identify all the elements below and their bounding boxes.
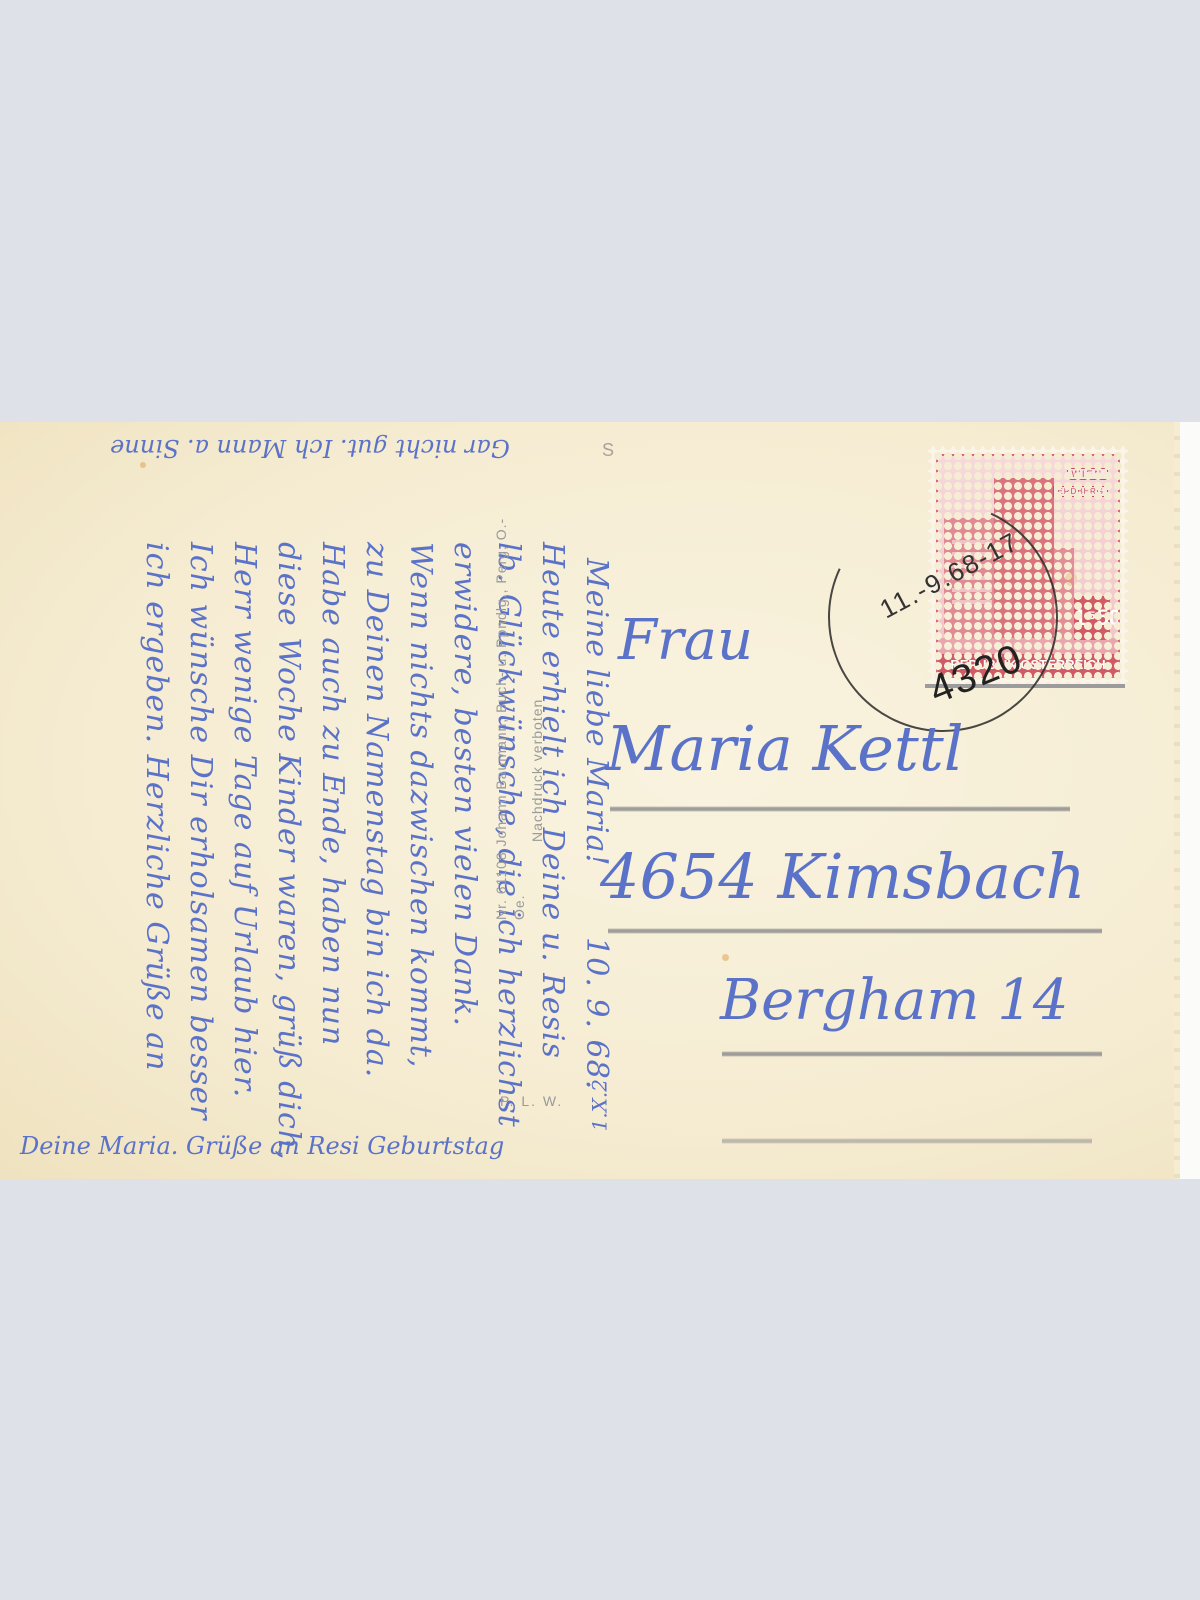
- message-line: Habe auch zu Ende, haben nun: [310, 462, 354, 1219]
- address-line-rule: [610, 806, 1070, 812]
- side-note: 1.X.2.: [587, 1073, 611, 1132]
- address-line-rule: [608, 928, 1102, 934]
- publisher-mark: P. L. W.: [500, 1093, 563, 1109]
- message-line: erwidere, besten vielen Dank.: [442, 462, 486, 1219]
- address-street: Bergham 14: [720, 968, 1069, 1033]
- stamp-value: 1⁵50: [1074, 596, 1110, 640]
- publisher-imprint: Nr. 61108 Johann Baumann, Buch- u. Ppndl…: [492, 500, 552, 920]
- message-line: Wenn nichts dazwischen kommt,: [398, 462, 442, 1219]
- paper-stain: [722, 954, 729, 961]
- address-line-rule: [722, 1051, 1102, 1057]
- message-line: Herr wenige Tage auf Urlaub hier.: [222, 462, 266, 1219]
- scan-margin: [1180, 422, 1200, 1179]
- address-salutation: Frau: [618, 608, 753, 673]
- imprint-line-1: Nr. 61108 Johann Baumann, Buch- u. Ppndl…: [492, 500, 528, 920]
- imprint-line-2: Nachdruck verboten: [528, 500, 546, 920]
- address-line-rule: [722, 1138, 1092, 1144]
- address-city: 4654 Kimsbach: [600, 840, 1086, 913]
- message-line: Ich wünsche Dir erholsamen besser: [178, 462, 222, 1219]
- message-line: ich ergeben. Herzliche Grüße an: [134, 462, 178, 1219]
- message-line: zu Deinen Namenstag bin ich da.: [354, 462, 398, 1219]
- address-name: Maria Kettl: [606, 712, 964, 785]
- stamp-city: WIEN: [1067, 468, 1109, 480]
- message-line: diese Woche Kinder waren, grüß dich,: [266, 462, 310, 1219]
- stamp-district: ERDBERG: [1053, 486, 1108, 497]
- corner-mark: S: [602, 440, 614, 461]
- message-signature: Deine Maria. Grüße an Resi Geburtstag: [20, 1132, 504, 1160]
- message-top-margin-line: Gar nicht gut. Ich Mann a. Sinne: [40, 426, 580, 462]
